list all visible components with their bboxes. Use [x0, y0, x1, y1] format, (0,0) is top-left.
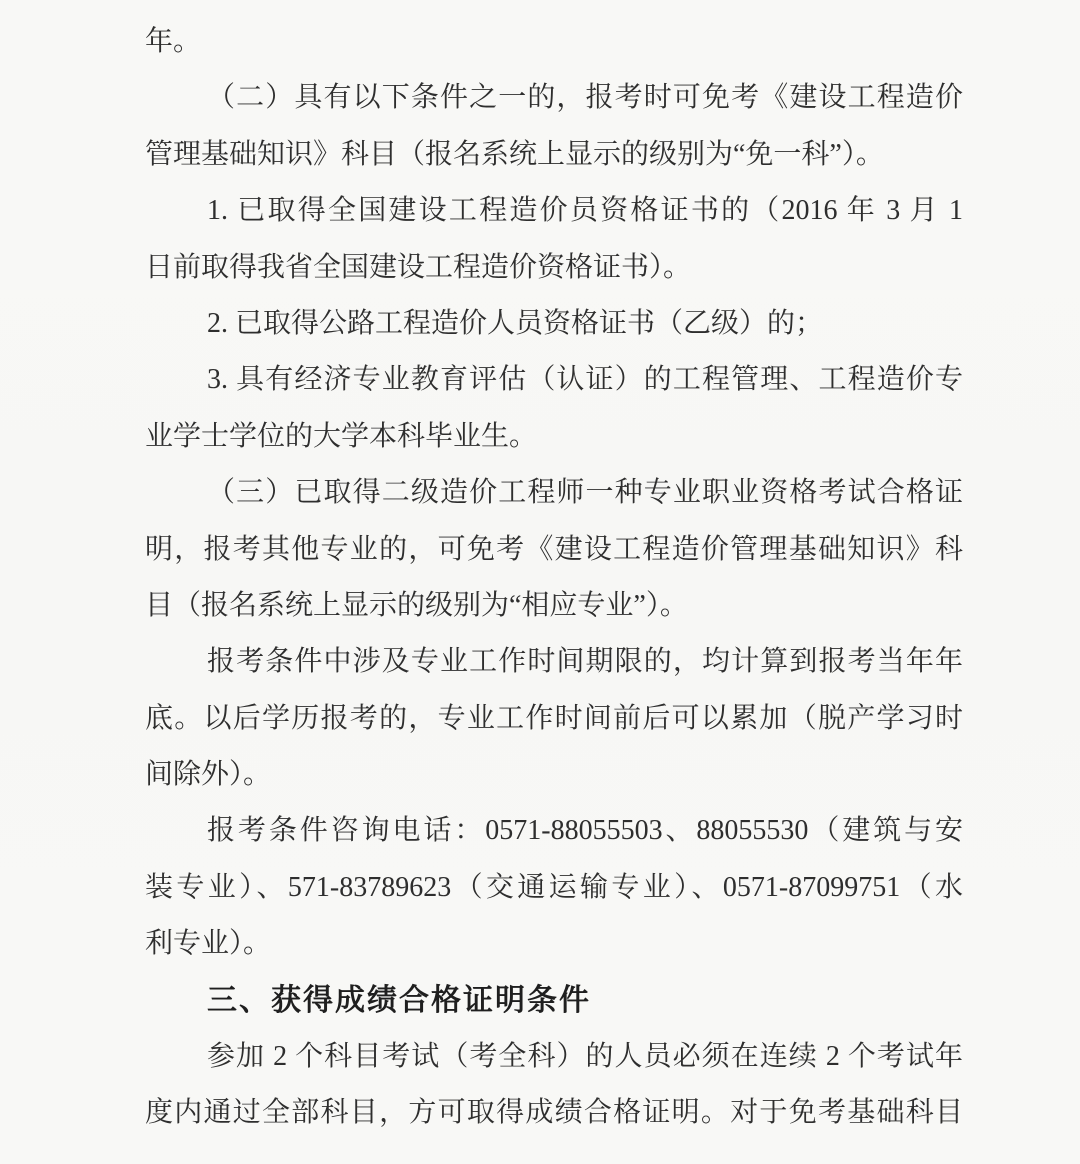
- text-line: 参加 2 个科目考试（考全科）的人员必须在连续 2 个考试年: [145, 1029, 963, 1085]
- text-line: 年。: [145, 14, 963, 70]
- document-page: 年。（二）具有以下条件之一的，报考时可免考《建设工程造价管理基础知识》科目（报名…: [0, 0, 1080, 1164]
- text-line: 明，报考其他专业的，可免考《建设工程造价管理基础知识》科: [145, 522, 963, 578]
- text-column: 年。（二）具有以下条件之一的，报考时可免考《建设工程造价管理基础知识》科目（报名…: [145, 14, 963, 1142]
- text-line: 2. 已取得公路工程造价人员资格证书（乙级）的；: [145, 296, 963, 352]
- section-heading: 三、获得成绩合格证明条件: [145, 973, 963, 1029]
- text-line: 间除外）。: [145, 747, 963, 803]
- text-line: 管理基础知识》科目（报名系统上显示的级别为“免一科”）。: [145, 127, 963, 183]
- text-line: 目（报名系统上显示的级别为“相应专业”）。: [145, 578, 963, 634]
- text-line: 业学士学位的大学本科毕业生。: [145, 409, 963, 465]
- text-line: 报考条件中涉及专业工作时间期限的，均计算到报考当年年: [145, 634, 963, 690]
- text-line: 度内通过全部科目，方可取得成绩合格证明。对于免考基础科目: [145, 1085, 963, 1141]
- text-line: 1. 已取得全国建设工程造价员资格证书的（2016 年 3 月 1: [145, 183, 963, 239]
- text-line: 装专业）、571-83789623（交通运输专业）、0571-87099751（…: [145, 860, 963, 916]
- text-line: 底。以后学历报考的，专业工作时间前后可以累加（脱产学习时: [145, 691, 963, 747]
- text-line: 日前取得我省全国建设工程造价资格证书）。: [145, 240, 963, 296]
- text-line: （三）已取得二级造价工程师一种专业职业资格考试合格证: [145, 465, 963, 521]
- text-line: 3. 具有经济专业教育评估（认证）的工程管理、工程造价专: [145, 352, 963, 408]
- text-line: 利专业）。: [145, 916, 963, 972]
- text-line: 报考条件咨询电话：0571-88055503、88055530（建筑与安: [145, 803, 963, 859]
- text-line: （二）具有以下条件之一的，报考时可免考《建设工程造价: [145, 70, 963, 126]
